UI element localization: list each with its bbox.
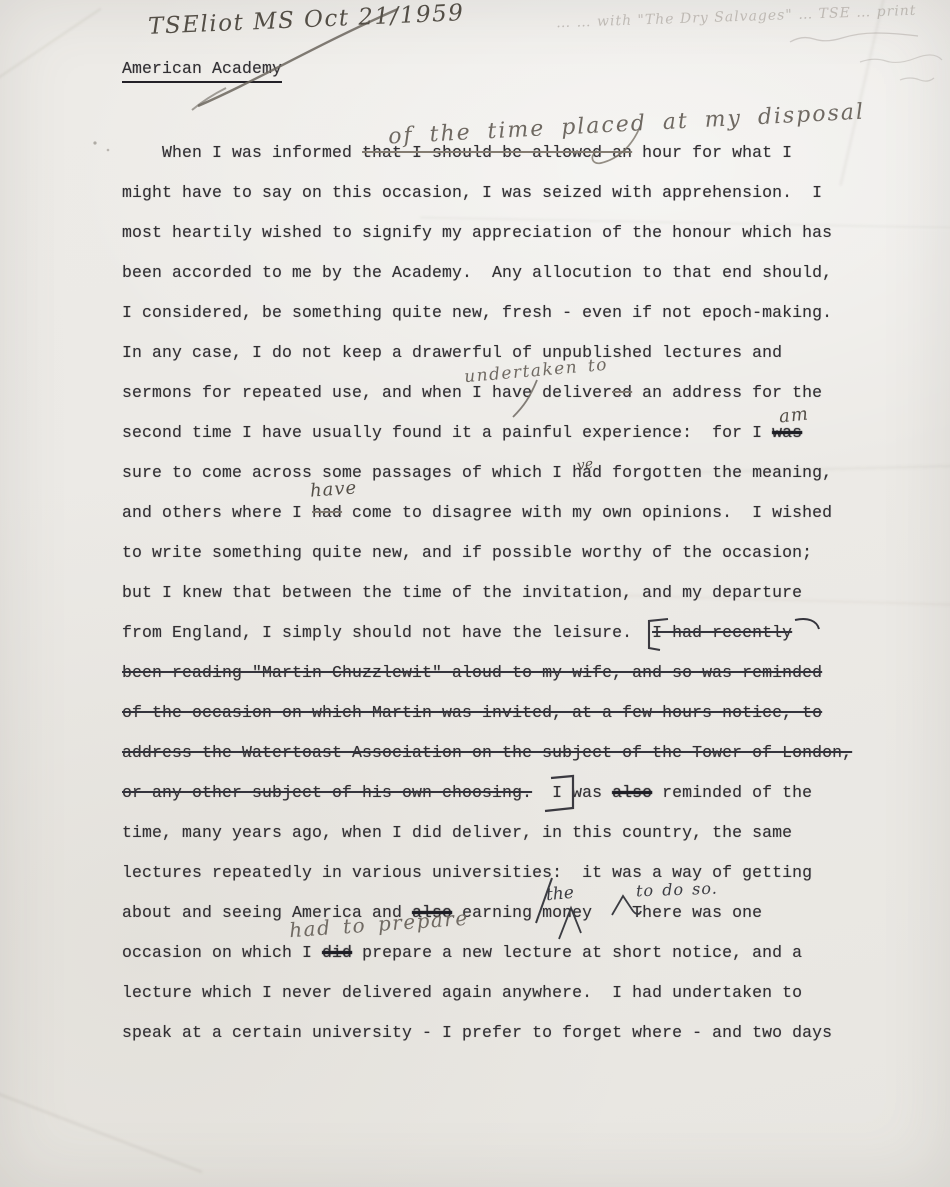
typed-text: might have to say on this occasion, I wa… [122, 183, 822, 202]
handwritten-note: am [778, 403, 810, 427]
typed-text: reminded of the [652, 783, 812, 802]
paper-crease [0, 1085, 202, 1173]
typed-line: been accorded to me by the Academy. Any … [122, 253, 852, 293]
typed-text: most heartily wished to signify my appre… [122, 223, 832, 242]
typed-text: from England, I simply should not have t… [122, 623, 652, 642]
typed-text: prepare a new lecture at short notice, a… [352, 943, 802, 962]
struck-text: had [312, 503, 342, 522]
typed-text-block: When I was informed that I should be all… [122, 133, 852, 1053]
faint-squiggle [900, 78, 934, 81]
typed-line: lecture which I never delivered again an… [122, 973, 852, 1013]
struck-text: or any other subject of his own choosing… [122, 783, 532, 802]
typed-line: sure to come across some passages of whi… [122, 453, 852, 493]
typed-text: hour for what I [632, 143, 792, 162]
typed-line: time, many years ago, when I did deliver… [122, 813, 852, 853]
typed-text: I considered, be something quite new, fr… [122, 303, 832, 322]
typed-text: In any case, I do not keep a drawerful o… [122, 343, 782, 362]
typed-text: I was [532, 783, 612, 802]
faint-squiggle [860, 55, 942, 63]
document-title-text: American Academy [122, 59, 282, 83]
typed-line: to write something quite new, and if pos… [122, 533, 852, 573]
typed-line: occasion on which I did prepare a new le… [122, 933, 852, 973]
typed-text: to write something quite new, and if pos… [122, 543, 812, 562]
typed-text: speak at a certain university - I prefer… [122, 1023, 832, 1042]
document-title: American Academy [122, 59, 282, 78]
typed-line: been reading "Martin Chuzzlewit" aloud t… [122, 653, 852, 693]
typed-line: about and seeing America and also earnin… [122, 893, 852, 933]
struck-text: also [612, 783, 652, 802]
struck-text: ed [612, 383, 632, 402]
struck-text: did [322, 943, 352, 962]
typed-line: lectures repeatedly in various universit… [122, 853, 852, 893]
typed-text: lecture which I never delivered again an… [122, 983, 802, 1002]
typed-text: an address for the [632, 383, 822, 402]
typed-line: most heartily wished to signify my appre… [122, 213, 852, 253]
typed-line: speak at a certain university - I prefer… [122, 1013, 852, 1053]
paper-crease [0, 8, 101, 82]
typed-line: address the Watertoast Association on th… [122, 733, 852, 773]
typed-text: earning money [452, 903, 592, 922]
typed-text: and others where I [122, 503, 312, 522]
typed-text: sermons for repeated use, and when I hav… [122, 383, 612, 402]
typed-text: sure to come across some passages of whi… [122, 463, 832, 482]
checkmark-stroke-tail [192, 88, 226, 110]
typed-text: come to disagree with my own opinions. I… [342, 503, 832, 522]
typed-text: second time I have usually found it a pa… [122, 423, 772, 442]
struck-text: address the Watertoast Association on th… [122, 743, 852, 762]
typed-line: second time I have usually found it a pa… [122, 413, 852, 453]
typed-line: or any other subject of his own choosing… [122, 773, 852, 813]
handwritten-note: the [545, 883, 574, 905]
typed-line: of the occasion on which Martin was invi… [122, 693, 852, 733]
typed-line: from England, I simply should not have t… [122, 613, 852, 653]
handwritten-note: have [309, 477, 358, 501]
date-annotation: TSEliot MS Oct 21/1959 [148, 0, 465, 40]
struck-text: of the occasion on which Martin was invi… [122, 703, 822, 722]
handwritten-note: ve [576, 456, 594, 474]
typed-line: but I knew that between the time of the … [122, 573, 852, 613]
typed-line: I considered, be something quite new, fr… [122, 293, 852, 333]
typed-text: When I was informed [122, 143, 362, 162]
struck-text: I had recently [652, 623, 792, 642]
faint-pencil-note: … … with "The Dry Salvages" … TSE … prin… [556, 3, 917, 32]
margin-dot [107, 149, 110, 152]
typed-line: and others where I had come to disagree … [122, 493, 852, 533]
handwritten-note: to do so. [636, 879, 718, 901]
typed-text: occasion on which I [122, 943, 322, 962]
typed-text: been accorded to me by the Academy. Any … [122, 263, 832, 282]
typed-line: might have to say on this occasion, I wa… [122, 173, 852, 213]
margin-dot [93, 141, 96, 144]
struck-text: been reading "Martin Chuzzlewit" aloud t… [122, 663, 822, 682]
typed-text: time, many years ago, when I did deliver… [122, 823, 792, 842]
faint-squiggle [790, 33, 918, 42]
typed-text: There was one [592, 903, 762, 922]
manuscript-page: TSEliot MS Oct 21/1959 … … with "The Dry… [0, 0, 950, 1187]
typed-text: but I knew that between the time of the … [122, 583, 802, 602]
